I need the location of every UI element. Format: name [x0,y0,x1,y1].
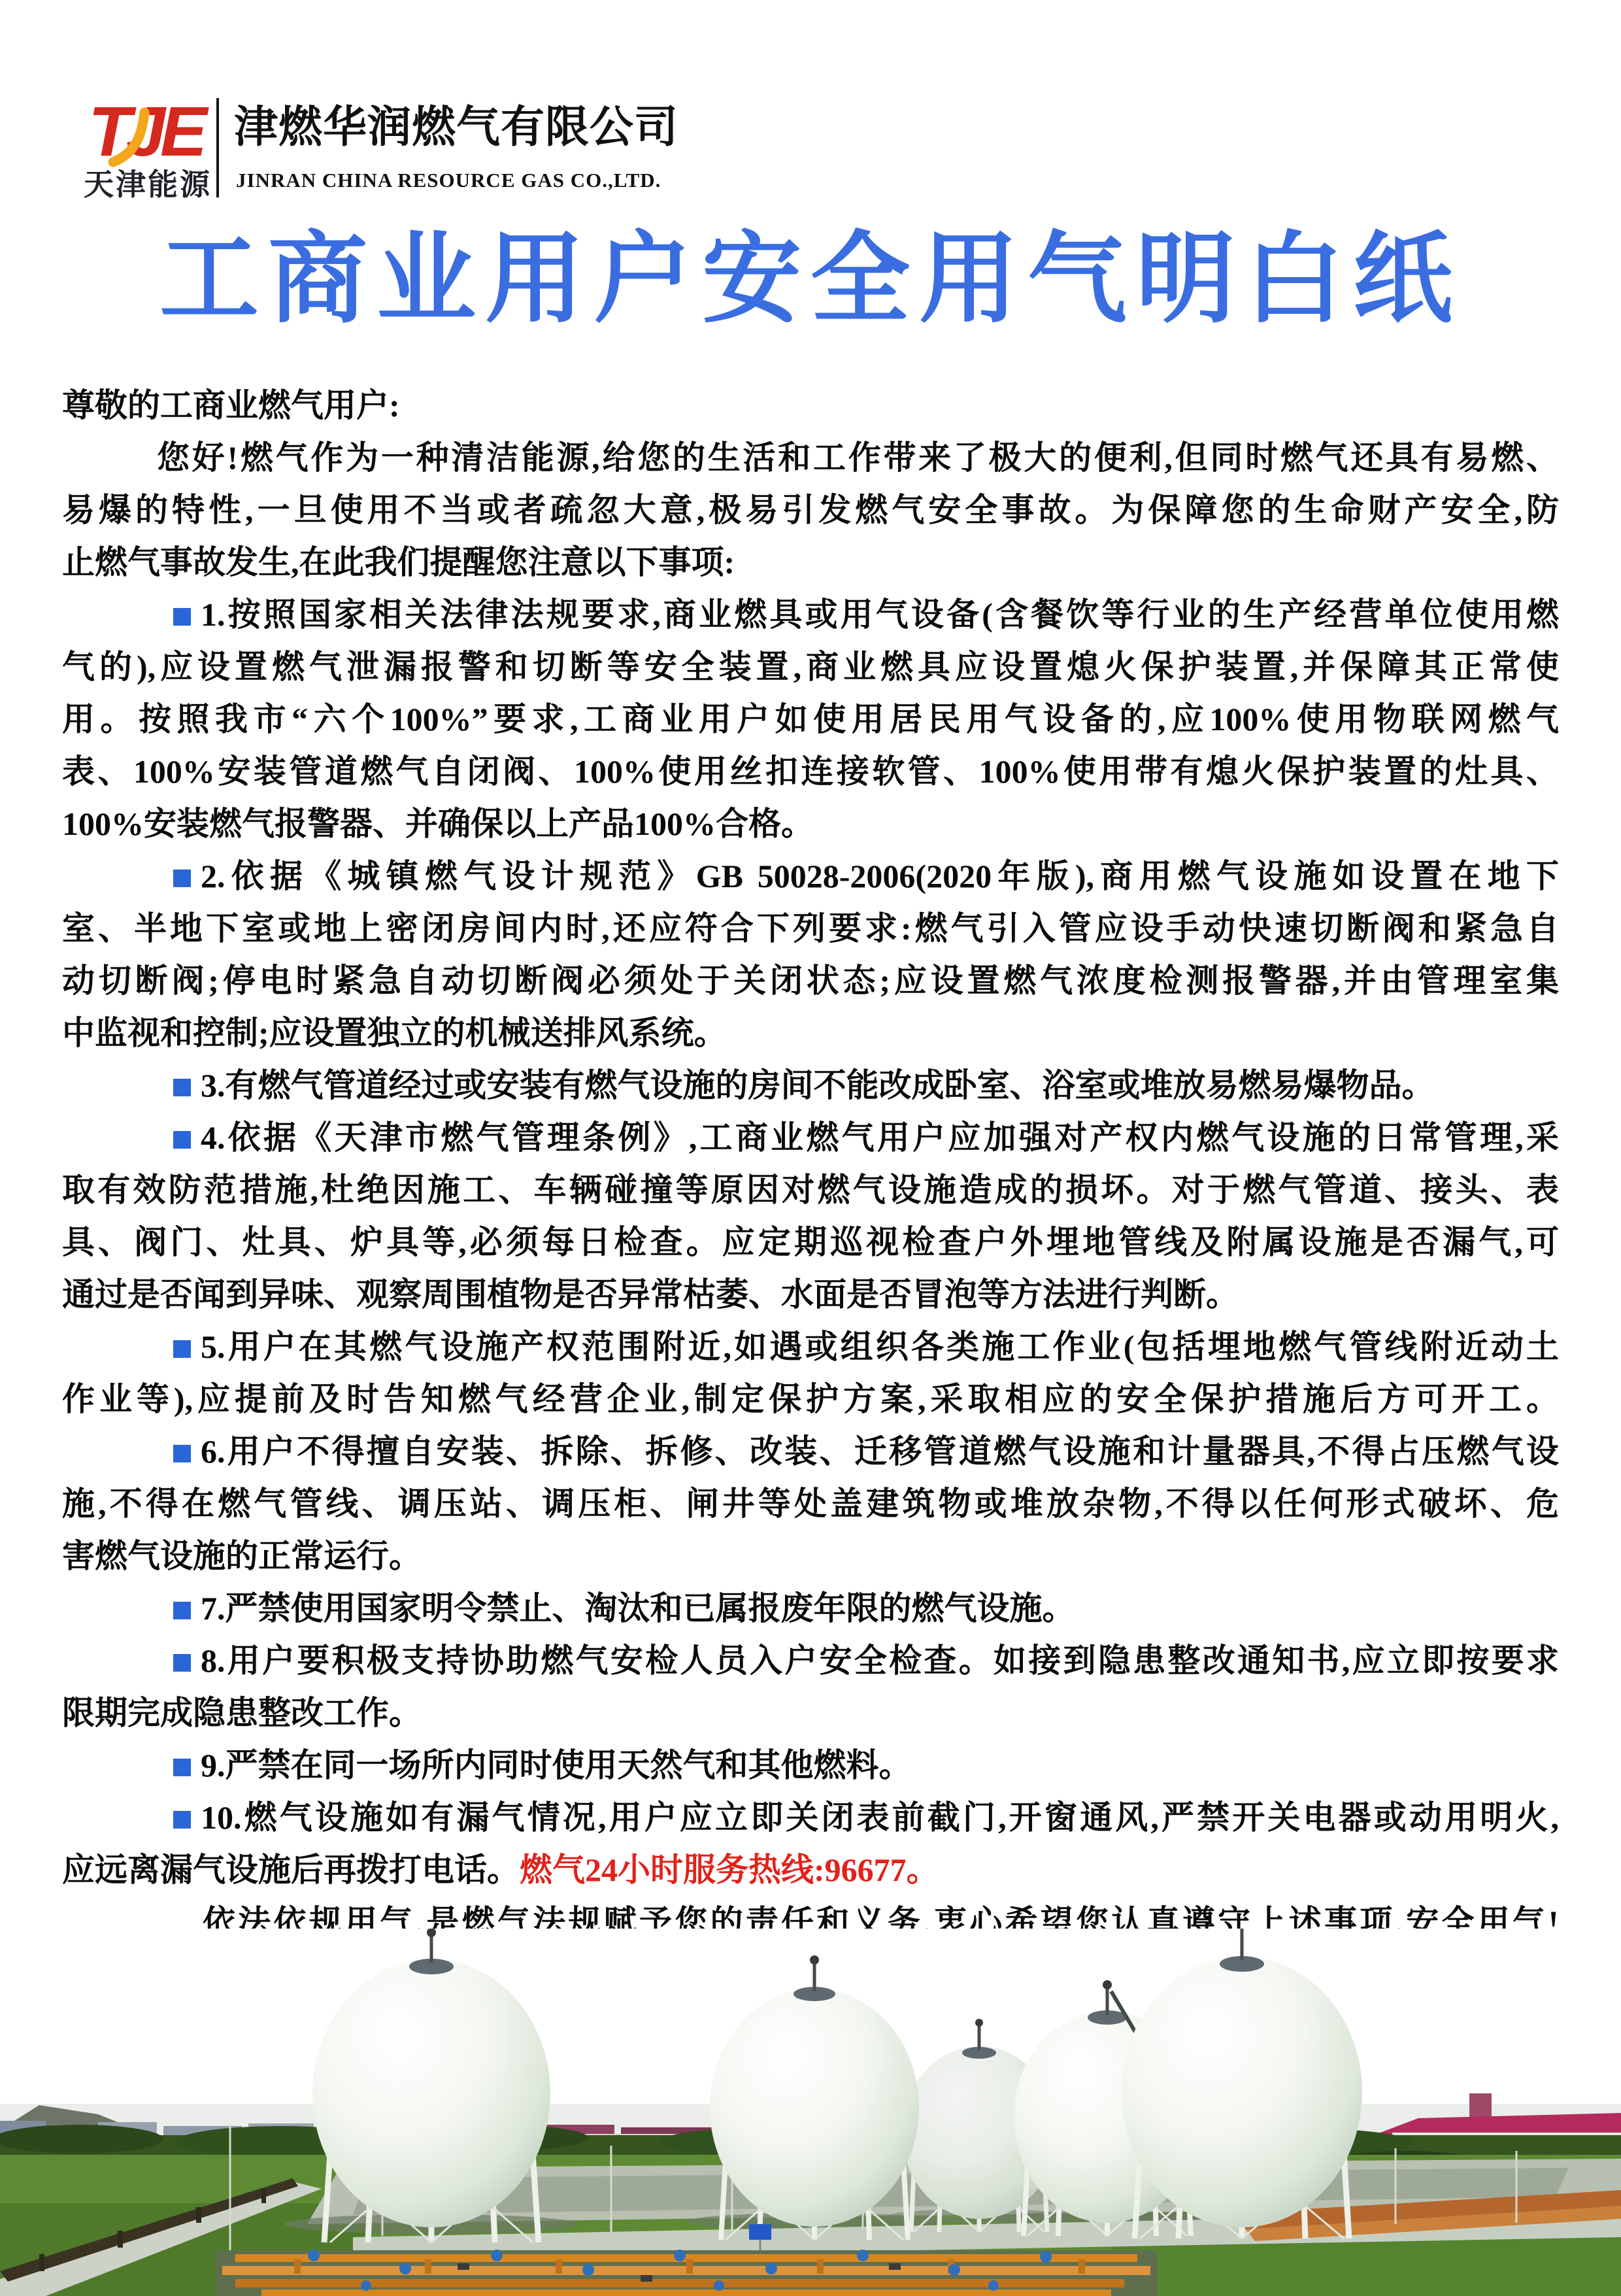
line-text: 作业等),应提前及时告知燃气经营企业,制定保护方案,采取相应的安全保护措施后方可… [62,1381,1559,1417]
body-line: 取有效防范措施,杜绝因施工、车辆碰撞等原因对燃气设施造成的损坏。对于燃气管道、接… [62,1164,1559,1216]
line-text: 1.按照国家相关法律法规要求,商业燃具或用气设备(含餐饮等行业的生产经营单位使用… [201,596,1559,633]
body-line: 气的),应设置燃气泄漏报警和切断等安全装置,商业燃具应设置熄火保护装置,并保障其… [62,641,1559,693]
body-line: 4.依据《天津市燃气管理条例》,工商业燃气用户应加强对产权内燃气设施的日常管理,… [62,1111,1559,1164]
body-line: 100%安装燃气报警器、并确保以上产品100%合格。 [62,798,1559,850]
body-line: 害燃气设施的正常运行。 [62,1530,1559,1582]
line-text: 止燃气事故发生,在此我们提醒您注意以下事项: [62,544,735,581]
line-text: 通过是否闻到异味、观察周围植物是否异常枯萎、水面是否冒泡等方法进行判断。 [62,1276,1239,1313]
line-text: 具、阀门、灶具、炉具等,必须每日检查。应定期巡视检查户外埋地管线及附属设施是否漏… [62,1224,1559,1260]
line-text: 中监视和控制;应设置独立的机械送排风系统。 [62,1015,727,1051]
body-line: 1.按照国家相关法律法规要求,商业燃具或用气设备(含餐饮等行业的生产经营单位使用… [62,588,1559,641]
company-name-en: JINRAN CHINA RESOURCE GAS CO.,LTD. [236,165,661,196]
body-line: 作业等),应提前及时告知燃气经营企业,制定保护方案,采取相应的安全保护措施后方可… [62,1373,1559,1425]
body-line: 具、阀门、灶具、炉具等,必须每日检查。应定期巡视检查户外埋地管线及附属设施是否漏… [62,1216,1559,1268]
svg-text:TJE: TJE [88,93,209,171]
body-line: 动切断阀;停电时紧急自动切断阀必须处于关闭状态;应设置燃气浓度检测报警器,并由管… [62,954,1559,1007]
bullet-square-icon [173,1131,191,1149]
page-title: 工商业用户安全用气明白纸 [0,217,1621,343]
line-text: 4.依据《天津市燃气管理条例》,工商业燃气用户应加强对产权内燃气设施的日常管理,… [201,1119,1559,1156]
body-line: 3.有燃气管道经过或安装有燃气设施的房间不能改成卧室、浴室或堆放易燃易爆物品。 [62,1059,1559,1111]
line-text: 动切断阀;停电时紧急自动切断阀必须处于关闭状态;应设置燃气浓度检测报警器,并由管… [62,962,1559,999]
body-line: 10.燃气设施如有漏气情况,用户应立即关闭表前截门,开窗通风,严禁开关电器或动用… [62,1791,1559,1844]
body-line: 9.严禁在同一场所内同时使用天然气和其他燃料。 [62,1739,1559,1791]
body-line: 6.用户不得擅自安装、拆除、拆修、改装、迁移管道燃气设施和计量器具,不得占压燃气… [62,1425,1559,1477]
body-line: 通过是否闻到异味、观察周围植物是否异常枯萎、水面是否冒泡等方法进行判断。 [62,1268,1559,1321]
line-text: 9.严禁在同一场所内同时使用天然气和其他燃料。 [201,1747,912,1783]
body-line: 中监视和控制;应设置独立的机械送排风系统。 [62,1007,1559,1059]
bullet-square-icon [173,1811,191,1829]
line-text: 施,不得在燃气管线、调压站、调压柜、闸井等处盖建筑物或堆放杂物,不得以任何形式破… [62,1485,1559,1522]
body-line: 用。按照我市“六个100%”要求,工商业用户如使用居民用气设备的,应100%使用… [62,693,1559,745]
line-text: 5.用户在其燃气设施产权范围附近,如遇或组织各类施工作业(包括埋地燃气管线附近动… [201,1328,1559,1365]
bullet-square-icon [173,869,191,887]
body-line: 室、半地下室或地上密闭房间内时,还应符合下列要求:燃气引入管应设手动快速切断阀和… [62,902,1559,954]
body-line: 您好!燃气作为一种清洁能源,给您的生活和工作带来了极大的便利,但同时燃气还具有易… [62,431,1559,484]
line-text: 10.燃气设施如有漏气情况,用户应立即关闭表前截门,开窗通风,严禁开关电器或动用… [201,1799,1559,1836]
bullet-square-icon [173,1445,191,1462]
bullet-square-icon [173,608,191,626]
bullet-square-icon [173,1340,191,1358]
bullet-square-icon [173,1079,191,1096]
body-line: 止燃气事故发生,在此我们提醒您注意以下事项: [62,536,1559,588]
bullet-square-icon [173,1602,191,1619]
logo-subtitle: 天津能源 [84,167,212,201]
hotline-text: 燃气24小时服务热线:96677。 [520,1851,939,1888]
line-text: 尊敬的工商业燃气用户: [62,387,400,424]
bullet-square-icon [173,1654,191,1672]
body-line: 2.依据《城镇燃气设计规范》GB 50028-2006(2020年版),商用燃气… [62,850,1559,902]
body-line: 7.严禁使用国家明令禁止、淘汰和已属报废年限的燃气设施。 [62,1582,1559,1634]
body-line: 易爆的特性,一旦使用不当或者疏忽大意,极易引发燃气安全事故。为保障您的生命财产安… [62,484,1559,536]
body-line: 应远离漏气设施后再拨打电话。燃气24小时服务热线:96677。 [62,1844,1559,1896]
body-line: 尊敬的工商业燃气用户: [62,379,1559,431]
line-text: 限期完成隐患整改工作。 [62,1695,422,1731]
notice-page: TJE 天津能源 津燃华润燃气有限公司 JINRAN CHINA RESOURC… [0,0,1621,2296]
line-text: 室、半地下室或地上密闭房间内时,还应符合下列要求:燃气引入管应设手动快速切断阀和… [62,910,1559,947]
body-line: 8.用户要积极支持协助燃气安检人员入户安全检查。如接到隐患整改通知书,应立即按要… [62,1634,1559,1687]
line-text: 3.有燃气管道经过或安装有燃气设施的房间不能改成卧室、浴室或堆放易燃易爆物品。 [201,1067,1435,1104]
line-text: 用。按照我市“六个100%”要求,工商业用户如使用居民用气设备的,应100%使用… [62,701,1559,737]
body-line: 5.用户在其燃气设施产权范围附近,如遇或组织各类施工作业(包括埋地燃气管线附近动… [62,1321,1559,1373]
line-text: 气的),应设置燃气泄漏报警和切断等安全装置,商业燃具应设置熄火保护装置,并保障其… [62,649,1559,685]
line-text: 表、100%安装管道燃气自闭阀、100%使用丝扣连接软管、100%使用带有熄火保… [62,753,1559,790]
body-line: 表、100%安装管道燃气自闭阀、100%使用丝扣连接软管、100%使用带有熄火保… [62,745,1559,798]
pipe-rack [216,2250,1157,2296]
body-text: 尊敬的工商业燃气用户:您好!燃气作为一种清洁能源,给您的生活和工作带来了极大的便… [62,379,1559,1948]
body-line: 限期完成隐患整改工作。 [62,1687,1559,1739]
line-text: 取有效防范措施,杜绝因施工、车辆碰撞等原因对燃气设施造成的损坏。对于燃气管道、接… [62,1172,1559,1208]
line-text: 6.用户不得擅自安装、拆除、拆修、改装、迁移管道燃气设施和计量器具,不得占压燃气… [201,1433,1559,1470]
tje-logo-icon: TJE [88,93,219,173]
company-name-cn: 津燃华润燃气有限公司 [234,92,678,163]
body-line: 施,不得在燃气管线、调压站、调压柜、闸井等处盖建筑物或堆放杂物,不得以任何形式破… [62,1477,1559,1530]
line-text: 易爆的特性,一旦使用不当或者疏忽大意,极易引发燃气安全事故。为保障您的生命财产安… [62,492,1559,528]
line-text: 2.依据《城镇燃气设计规范》GB 50028-2006(2020年版),商用燃气… [201,858,1559,894]
logo-divider [216,98,219,197]
line-text: 您好!燃气作为一种清洁能源,给您的生活和工作带来了极大的便利,但同时燃气还具有易… [157,439,1559,476]
line-text: 害燃气设施的正常运行。 [62,1538,422,1574]
line-text: 100%安装燃气报警器、并确保以上产品100%合格。 [62,805,814,842]
facility-photo [0,1929,1621,2296]
line-text: 7.严禁使用国家明令禁止、淘汰和已属报废年限的燃气设施。 [201,1590,1075,1627]
line-text: 应远离漏气设施后再拨打电话。 [62,1851,520,1888]
line-text: 8.用户要积极支持协助燃气安检人员入户安全检查。如接到隐患整改通知书,应立即按要… [201,1642,1559,1679]
bullet-square-icon [173,1759,191,1776]
